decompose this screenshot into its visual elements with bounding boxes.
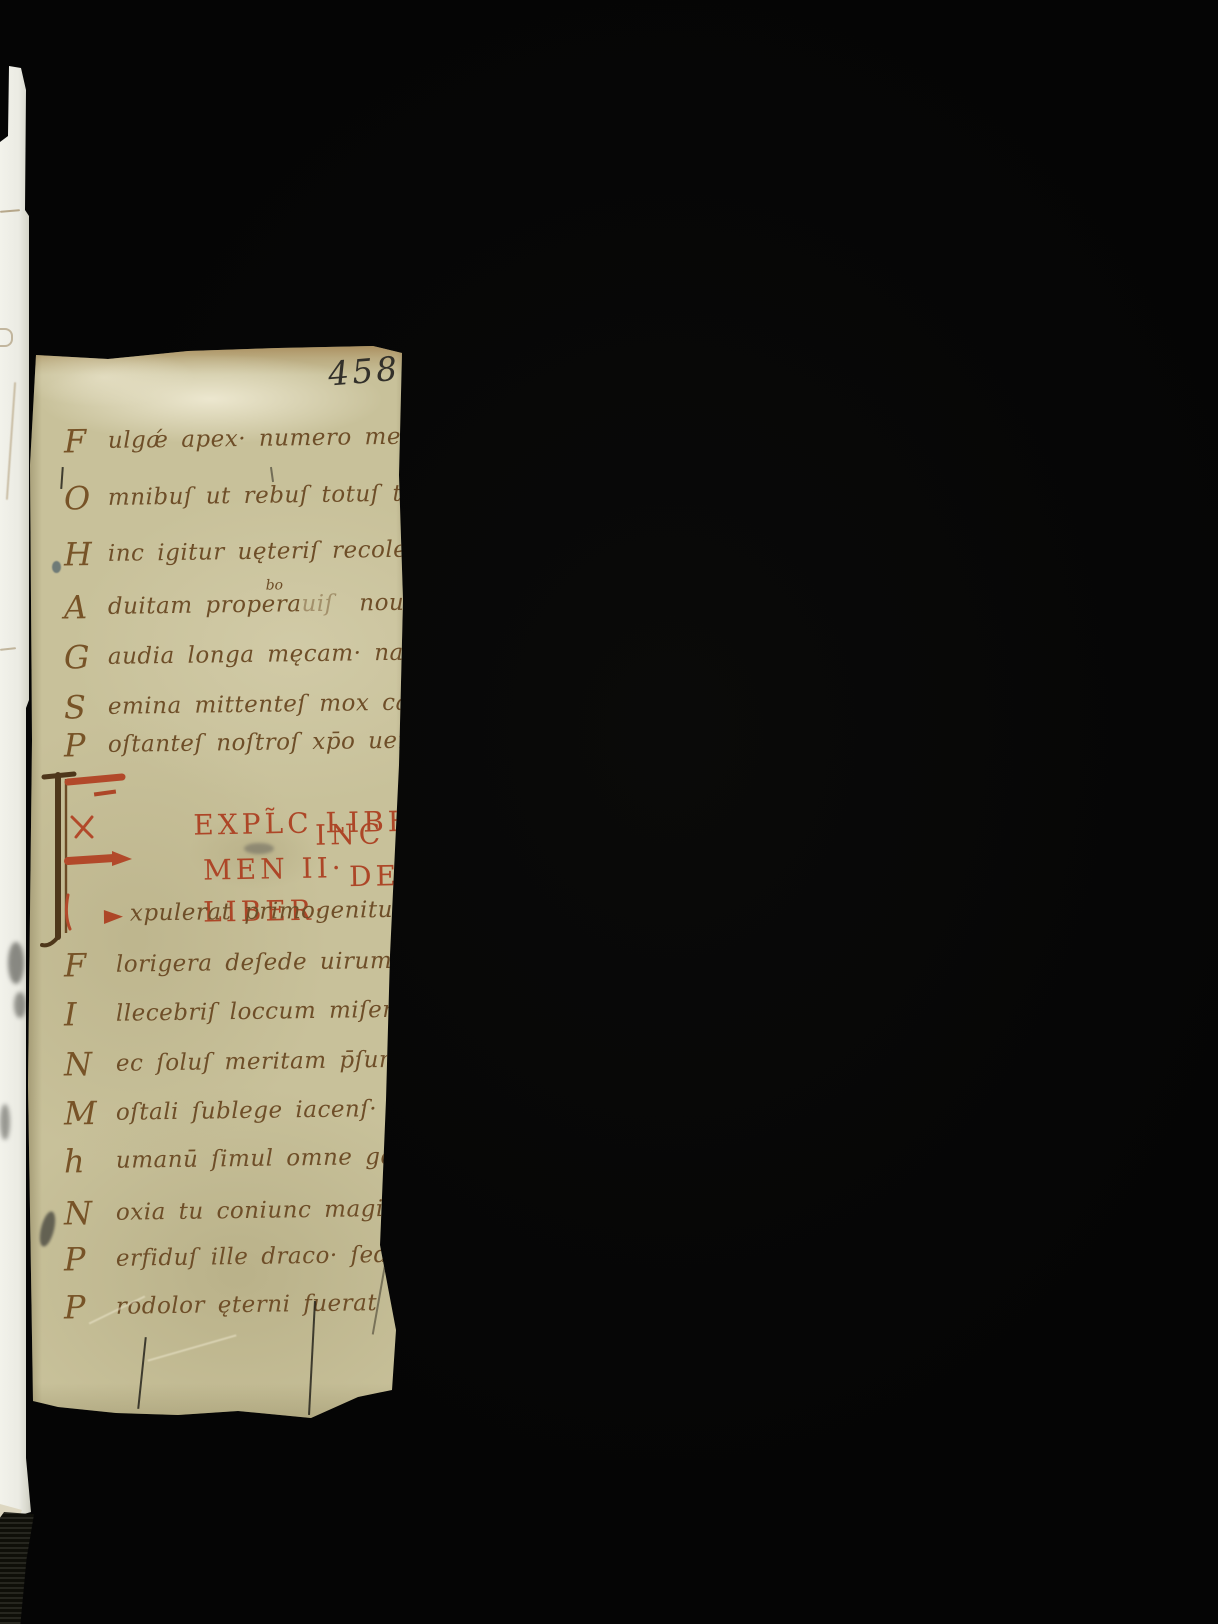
rubric-text: DE: [349, 859, 400, 893]
ink-showthrough-mark: [6, 382, 16, 500]
dark-smudge: [8, 942, 24, 984]
verse-initial: I: [64, 995, 77, 1033]
red-paragraph-wedge: [104, 910, 123, 924]
verse-text: mnibuſ ut rebuſ totuſ tibi: [108, 480, 408, 511]
verse-text: duitam properauiſ nouaſbo: [108, 589, 408, 619]
parchment-crease: [148, 1334, 237, 1361]
verse-text: rodolor ęterni fuerat: [116, 1290, 378, 1320]
verse-line: Semina mittenteſ mox ca: [28, 690, 408, 731]
book-page-edge: [0, 66, 34, 1518]
parchment-slit: [137, 1337, 147, 1409]
verse-line: Aduitam properauiſ nouaſbo: [28, 590, 408, 631]
superscript-correction: bo: [266, 577, 284, 593]
verse-line: Omnibuſ ut rebuſ totuſ tibi: [28, 481, 408, 522]
verse-initial: N: [64, 1194, 93, 1232]
verse-text: xpulerat primogenitu: [130, 897, 393, 927]
verse-text: ec ſoluſ meritam p̄ſum: [116, 1047, 402, 1077]
dark-smudge: [0, 1104, 10, 1140]
verse-text: emina mittenteſ mox ca: [108, 690, 408, 720]
verse-initial: N: [64, 1045, 93, 1083]
verse-line: Fulgǽ apex· numero menſe: [28, 424, 408, 465]
verse-initial: F: [64, 946, 87, 984]
verse-text: erfiduſ ille draco· ſed: [116, 1242, 389, 1272]
ink-showthrough-mark: [0, 209, 20, 213]
verse-text: oxia tu coniunc magiſ: [116, 1196, 393, 1226]
verse-text: lorigera deſede uirum: [116, 948, 393, 978]
verse-line: Perfiduſ ille draco· ſed: [28, 1242, 408, 1283]
verse-line: Gaudia longa męcam· nam: [28, 640, 408, 681]
ink-showthrough-mark: [0, 647, 16, 651]
verse-text: inc igitur uęteriſ recolenſ: [108, 536, 408, 567]
ink-showthrough-mark: [0, 328, 13, 347]
verse-initial: M: [64, 1094, 97, 1132]
verse-text: umanū ſimul omne ge: [116, 1144, 395, 1174]
verse-line: Poſtanteſ noſtroſ xp̄o uer: [28, 728, 408, 769]
verse-initial: H: [64, 535, 92, 573]
verse-initial: S: [64, 688, 86, 726]
verse-line: Nec ſoluſ meritam p̄ſum: [28, 1047, 408, 1088]
verse-initial: h: [64, 1142, 85, 1180]
verse-line: Moſtali ſublege iacenſ· ſe: [28, 1096, 408, 1137]
verse-initial: F: [64, 422, 87, 460]
folio-number: 458.: [326, 347, 408, 393]
verse-initial: A: [64, 588, 88, 626]
verse-line: Noxia tu coniunc magiſ: [28, 1196, 408, 1237]
binding-edge: [0, 1512, 34, 1624]
verse-text: ulgǽ apex· numero menſe: [108, 423, 408, 454]
verse-line: Florigera deſede uirum: [28, 948, 408, 989]
verse-line: Hinc igitur uęteriſ recolenſ: [28, 537, 408, 578]
verse-initial: O: [64, 479, 91, 517]
verse-text: oſtanteſ noſtroſ xp̄o uer: [108, 728, 408, 758]
verse-line: humanū ſimul omne ge: [28, 1144, 408, 1185]
verse-line: Illecebriſ loccum miſero p: [28, 997, 408, 1038]
verse-initial: P: [64, 1288, 86, 1326]
verse-text: oſtali ſublege iacenſ· ſe: [116, 1096, 408, 1126]
verse-text: audia longa męcam· nam: [108, 639, 408, 669]
verse-text: llecebriſ loccum miſero p: [116, 996, 408, 1026]
verse-initial: G: [64, 638, 90, 676]
verse-initial: P: [64, 726, 86, 764]
verse-initial: P: [64, 1240, 86, 1278]
parchment-fragment: 458. Fulgǽ apex· numero menſeOmnibuſ ut …: [28, 345, 408, 1425]
parchment-slit: [270, 467, 274, 482]
dark-smudge: [14, 992, 26, 1018]
blue-ink-fleck: [52, 561, 61, 573]
verse-line: Prodolor ęterni fuerat: [28, 1290, 408, 1331]
gray-smudge: [244, 843, 274, 854]
rubric-text: INC: [315, 817, 385, 851]
verse-line: xpulerat primogenitu: [28, 897, 408, 938]
